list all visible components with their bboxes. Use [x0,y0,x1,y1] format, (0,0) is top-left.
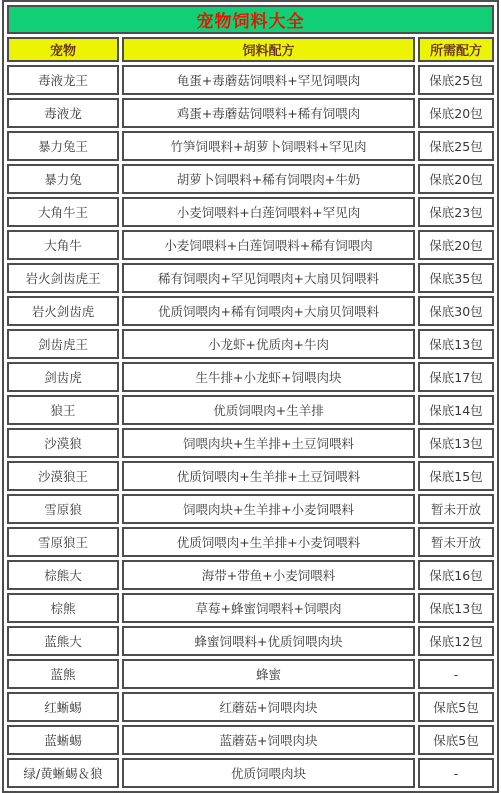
recipe-cell: 胡萝卜饲喂料+稀有饲喂肉+牛奶 [122,164,415,194]
pet-cell: 棕熊 [7,593,119,623]
table-row: 雪原狼饲喂肉块+生羊排+小麦饲喂料暂未开放 [7,494,494,524]
recipe-cell: 优质饲喂肉+生羊排+小麦饲喂料 [122,527,415,557]
recipe-cell: 优质饲喂肉+生羊排 [122,395,415,425]
table-row: 蓝蜥蜴蓝蘑菇+饲喂肉块保底5包 [7,725,494,755]
recipe-cell: 稀有饲喂肉+罕见饲喂肉+大扇贝饲喂料 [122,263,415,293]
table-row: 暴力兔胡萝卜饲喂料+稀有饲喂肉+牛奶保底20包 [7,164,494,194]
pet-cell: 棕熊大 [7,560,119,590]
packs-cell: 保底14包 [418,395,494,425]
pet-cell: 蓝熊 [7,659,119,689]
table-row: 蓝熊大蜂蜜饲喂料+优质饲喂肉块保底12包 [7,626,494,656]
packs-cell: 保底13包 [418,329,494,359]
packs-cell: 保底20包 [418,230,494,260]
table-row: 毒液龙鸡蛋+毒蘑菇饲喂料+稀有饲喂肉保底20包 [7,98,494,128]
table-row: 狼王优质饲喂肉+生羊排保底14包 [7,395,494,425]
table-body: 毒液龙王龟蛋+毒蘑菇饲喂料+罕见饲喂肉保底25包毒液龙鸡蛋+毒蘑菇饲喂料+稀有饲… [7,65,494,788]
table-row: 毒液龙王龟蛋+毒蘑菇饲喂料+罕见饲喂肉保底25包 [7,65,494,95]
recipe-cell: 饲喂肉块+生羊排+小麦饲喂料 [122,494,415,524]
packs-cell: 保底13包 [418,593,494,623]
packs-cell: 保底25包 [418,65,494,95]
recipe-cell: 小龙虾+优质肉+牛肉 [122,329,415,359]
table-row: 剑齿虎生牛排+小龙虾+饲喂肉块保底17包 [7,362,494,392]
packs-cell: 暂未开放 [418,494,494,524]
title-row: 宠物饲料大全 [7,5,494,34]
pet-cell: 毒液龙 [7,98,119,128]
table-row: 岩火剑齿虎优质饲喂肉+稀有饲喂肉+大扇贝饲喂料保底30包 [7,296,494,326]
packs-cell: 保底35包 [418,263,494,293]
table-row: 红蜥蜴红蘑菇+饲喂肉块保底5包 [7,692,494,722]
column-header-recipe: 饲料配方 [122,37,415,62]
packs-cell: 暂未开放 [418,527,494,557]
packs-cell: 保底5包 [418,692,494,722]
pet-cell: 沙漠狼王 [7,461,119,491]
column-header-pet: 宠物 [7,37,119,62]
packs-cell: 保底30包 [418,296,494,326]
packs-cell: 保底16包 [418,560,494,590]
recipe-cell: 蜂蜜饲喂料+优质饲喂肉块 [122,626,415,656]
pet-cell: 蓝熊大 [7,626,119,656]
pet-cell: 雪原狼 [7,494,119,524]
recipe-cell: 红蘑菇+饲喂肉块 [122,692,415,722]
pet-cell: 岩火剑齿虎 [7,296,119,326]
table-row: 暴力兔王竹笋饲喂料+胡萝卜饲喂料+罕见肉保底25包 [7,131,494,161]
packs-cell: 保底23包 [418,197,494,227]
packs-cell: 保底20包 [418,164,494,194]
column-header-row: 宠物 饲料配方 所需配方 [7,37,494,62]
packs-cell: 保底5包 [418,725,494,755]
recipe-cell: 竹笋饲喂料+胡萝卜饲喂料+罕见肉 [122,131,415,161]
pet-cell: 剑齿虎王 [7,329,119,359]
recipe-cell: 小麦饲喂料+白莲饲喂料+稀有饲喂肉 [122,230,415,260]
table-row: 棕熊大海带+带鱼+小麦饲喂料保底16包 [7,560,494,590]
page-title: 宠物饲料大全 [7,5,494,34]
recipe-cell: 草莓+蜂蜜饲喂料+饲喂肉 [122,593,415,623]
recipe-cell: 龟蛋+毒蘑菇饲喂料+罕见饲喂肉 [122,65,415,95]
packs-cell: 保底25包 [418,131,494,161]
pet-cell: 剑齿虎 [7,362,119,392]
table-row: 沙漠狼饲喂肉块+生羊排+土豆饲喂料保底13包 [7,428,494,458]
recipe-cell: 优质饲喂肉块 [122,758,415,788]
pet-cell: 暴力兔王 [7,131,119,161]
table-row: 绿/黄蜥蜴＆狼优质饲喂肉块- [7,758,494,788]
recipe-cell: 优质饲喂肉+生羊排+土豆饲喂料 [122,461,415,491]
recipe-cell: 饲喂肉块+生羊排+土豆饲喂料 [122,428,415,458]
recipe-cell: 鸡蛋+毒蘑菇饲喂料+稀有饲喂肉 [122,98,415,128]
packs-cell: 保底20包 [418,98,494,128]
table-row: 大角牛王小麦饲喂料+白莲饲喂料+罕见肉保底23包 [7,197,494,227]
table-row: 沙漠狼王优质饲喂肉+生羊排+土豆饲喂料保底15包 [7,461,494,491]
packs-cell: 保底12包 [418,626,494,656]
recipe-cell: 小麦饲喂料+白莲饲喂料+罕见肉 [122,197,415,227]
packs-cell: 保底13包 [418,428,494,458]
recipe-cell: 海带+带鱼+小麦饲喂料 [122,560,415,590]
recipe-cell: 优质饲喂肉+稀有饲喂肉+大扇贝饲喂料 [122,296,415,326]
pet-cell: 毒液龙王 [7,65,119,95]
packs-cell: 保底17包 [418,362,494,392]
column-header-packs: 所需配方 [418,37,494,62]
pet-cell: 绿/黄蜥蜴＆狼 [7,758,119,788]
pet-feed-table: 宠物饲料大全 宠物 饲料配方 所需配方 毒液龙王龟蛋+毒蘑菇饲喂料+罕见饲喂肉保… [2,0,499,793]
packs-cell: 保底15包 [418,461,494,491]
table-row: 蓝熊蜂蜜- [7,659,494,689]
recipe-cell: 蜂蜜 [122,659,415,689]
pet-cell: 狼王 [7,395,119,425]
table-row: 岩火剑齿虎王稀有饲喂肉+罕见饲喂肉+大扇贝饲喂料保底35包 [7,263,494,293]
table-head: 宠物饲料大全 宠物 饲料配方 所需配方 [7,5,494,62]
recipe-cell: 蓝蘑菇+饲喂肉块 [122,725,415,755]
pet-cell: 大角牛王 [7,197,119,227]
pet-cell: 蓝蜥蜴 [7,725,119,755]
pet-cell: 暴力兔 [7,164,119,194]
pet-cell: 岩火剑齿虎王 [7,263,119,293]
table-row: 棕熊草莓+蜂蜜饲喂料+饲喂肉保底13包 [7,593,494,623]
recipe-cell: 生牛排+小龙虾+饲喂肉块 [122,362,415,392]
packs-cell: - [418,758,494,788]
table-row: 剑齿虎王小龙虾+优质肉+牛肉保底13包 [7,329,494,359]
table-row: 大角牛小麦饲喂料+白莲饲喂料+稀有饲喂肉保底20包 [7,230,494,260]
pet-cell: 红蜥蜴 [7,692,119,722]
pet-cell: 沙漠狼 [7,428,119,458]
table-row: 雪原狼王优质饲喂肉+生羊排+小麦饲喂料暂未开放 [7,527,494,557]
pet-cell: 雪原狼王 [7,527,119,557]
pet-cell: 大角牛 [7,230,119,260]
packs-cell: - [418,659,494,689]
